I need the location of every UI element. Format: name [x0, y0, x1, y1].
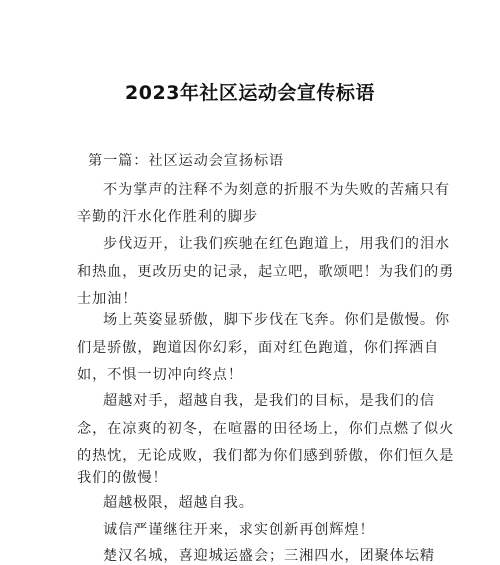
paragraph-line: 士加油！: [77, 288, 137, 308]
paragraph-line: 的热忱，无论成败，我们都为你们感到骄傲，你们恒久是: [77, 445, 454, 465]
section-heading: 第一篇：社区运动会宣扬标语: [88, 150, 284, 170]
paragraph-line: 超越对手，超越自我，是我们的目标，是我们的信: [103, 390, 435, 410]
paragraph-line: 念，在凉爽的初冬，在喧嚣的田径场上，你们点燃了似火: [77, 418, 454, 438]
paragraph-line: 辛勤的汗水化作胜利的脚步: [77, 206, 258, 226]
paragraph-line: 和热血，更改历史的记录，起立吧，歌颂吧！为我们的勇: [77, 261, 454, 281]
paragraph-line: 楚汉名城，喜迎城运盛会；三湘四水，团聚体坛精: [103, 545, 435, 565]
document-title: 2023年社区运动会宣传标语: [0, 78, 500, 105]
paragraph-line: 步伐迈开，让我们疾驰在红色跑道上，用我们的泪水: [103, 233, 450, 253]
paragraph-line: 场上英姿显骄傲，脚下步伐在飞奔。你们是傲慢。你: [103, 309, 450, 329]
paragraph-line: 超越极限，超越自我。: [103, 492, 254, 512]
paragraph-line: 如，不惧一切冲向终点！: [77, 364, 243, 384]
paragraph-line: 们是骄傲，跑道因你幻彩，面对红色跑道，你们挥洒自: [77, 337, 439, 357]
paragraph-line: 我们的傲慢！: [77, 467, 168, 487]
paragraph-line: 不为掌声的注释不为刻意的折服不为失败的苦痛只有: [103, 179, 450, 199]
paragraph-line: 诚信严谨继往开来，求实创新再创辉煌！: [103, 519, 375, 539]
